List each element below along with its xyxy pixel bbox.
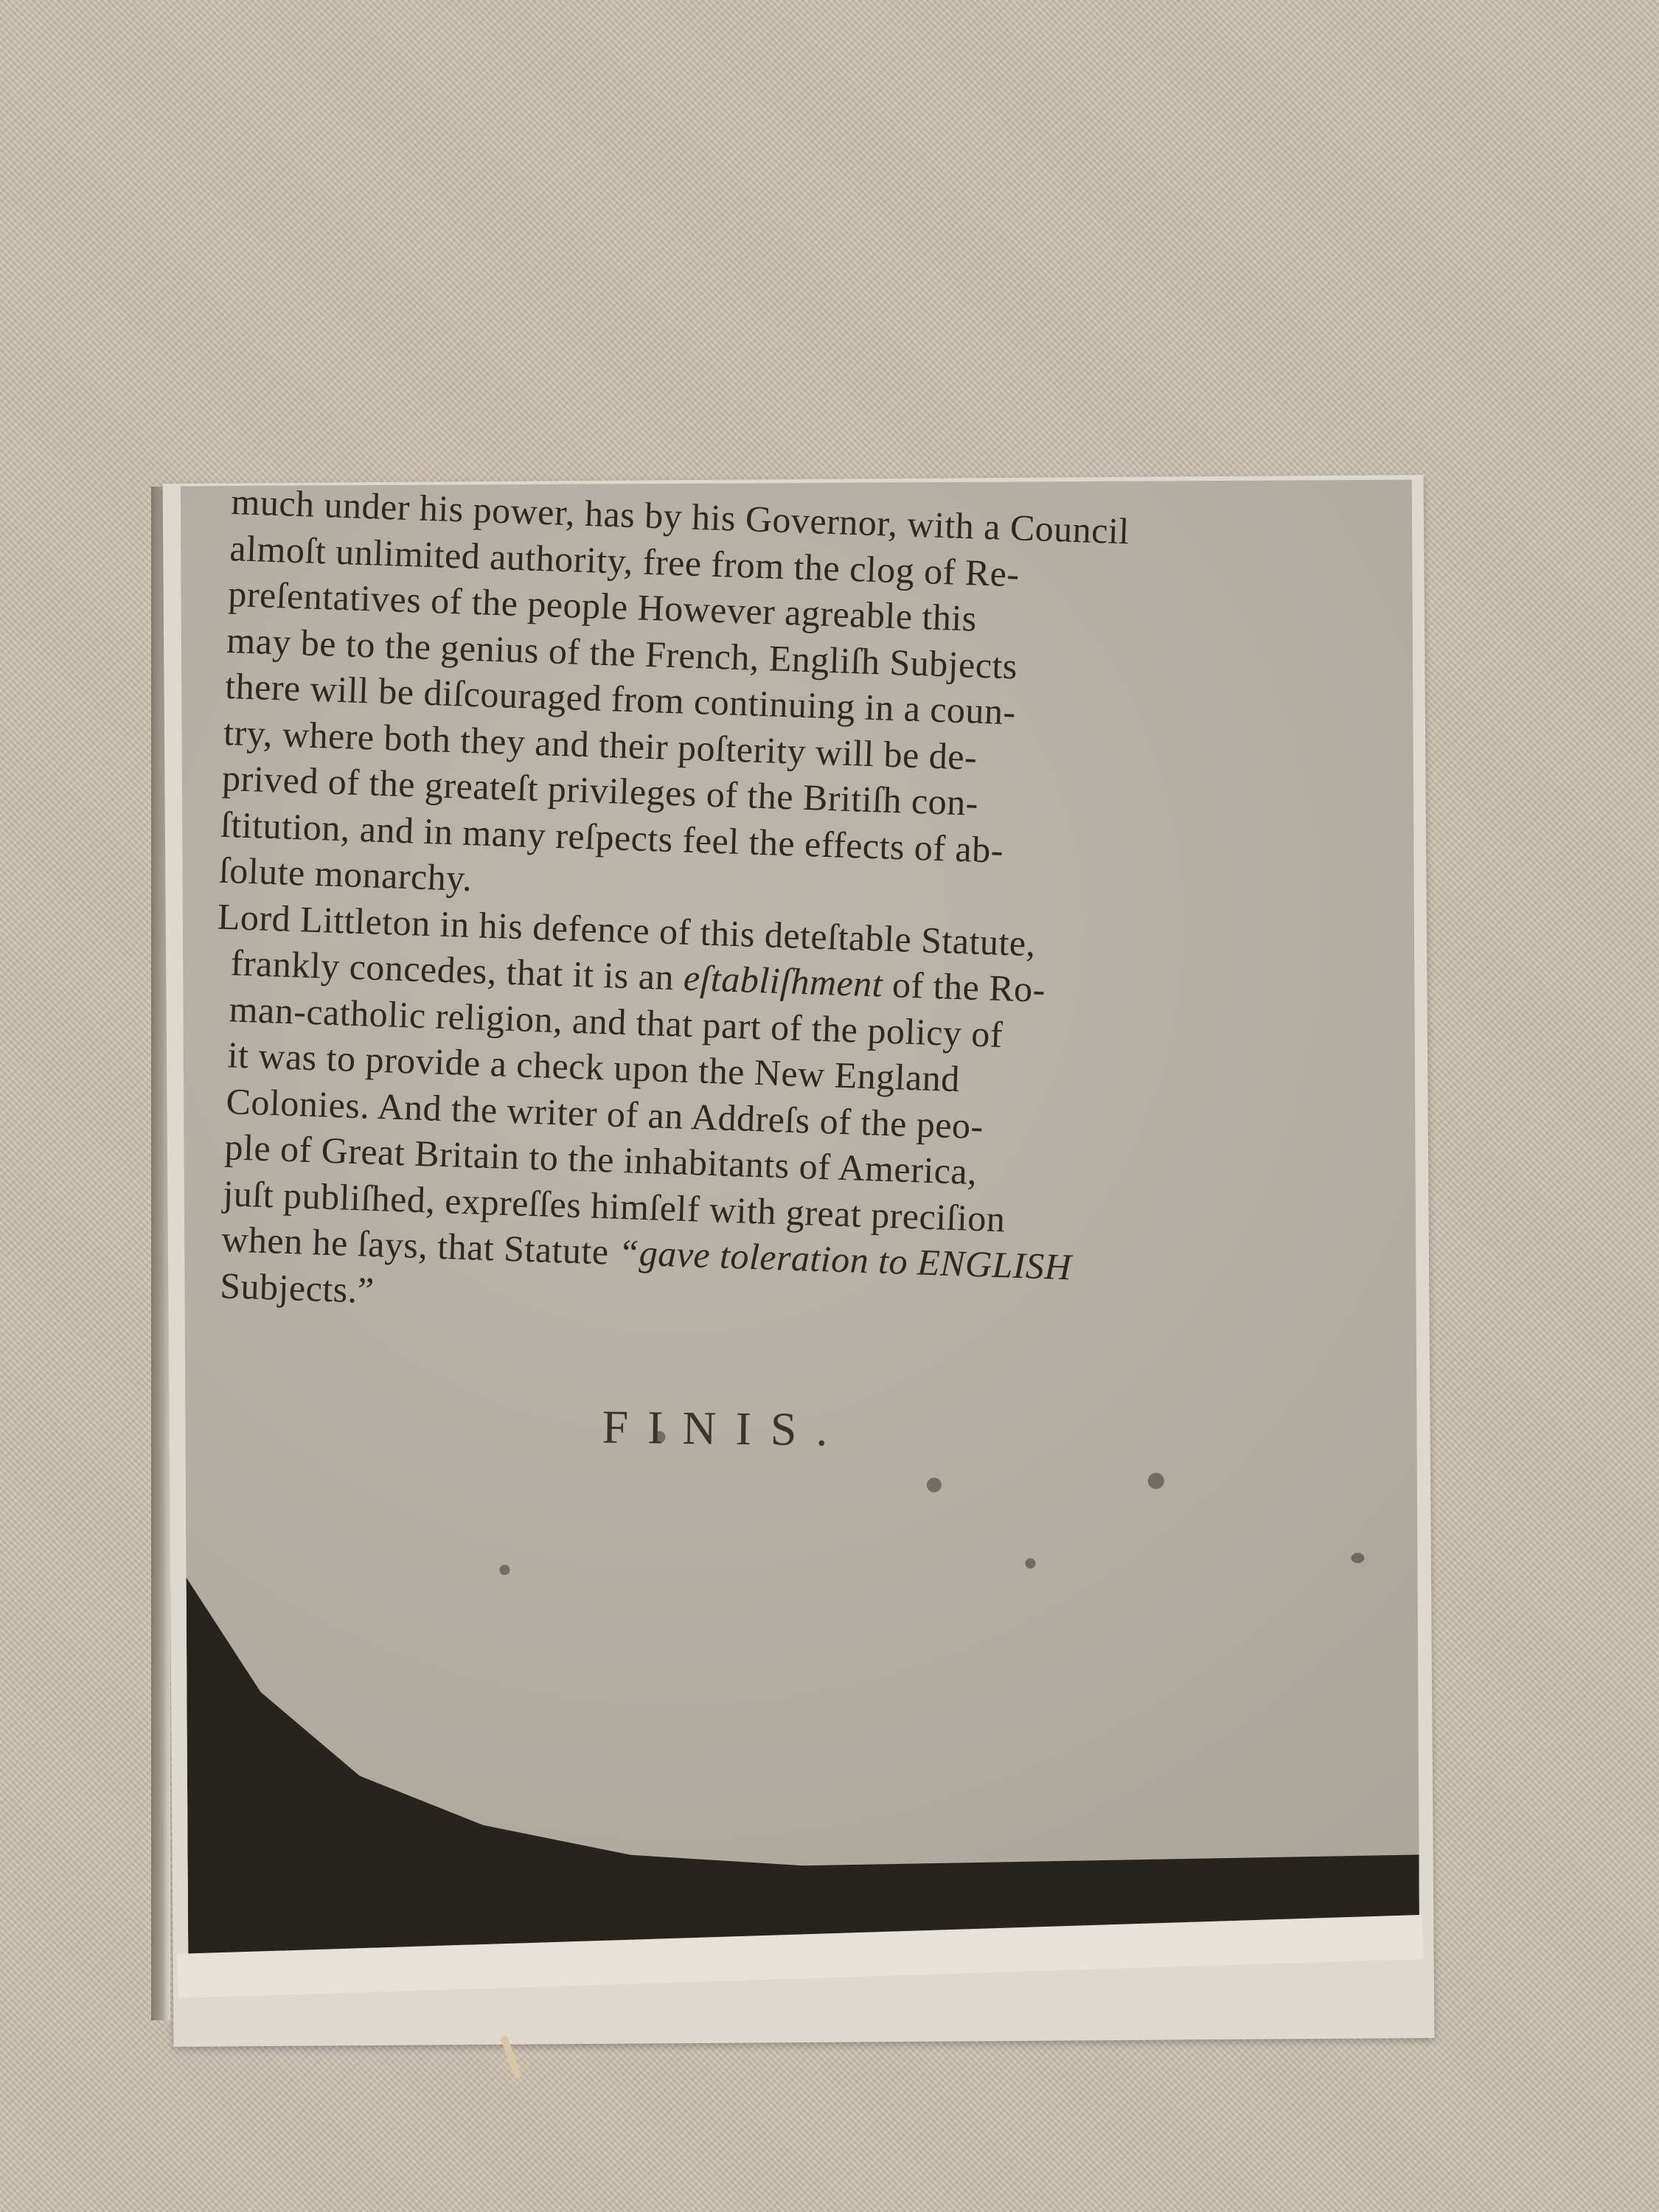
finis-heading: FINIS. xyxy=(602,1400,847,1458)
ink-spot xyxy=(499,1565,509,1575)
ink-spot xyxy=(1351,1553,1364,1563)
ink-spot xyxy=(927,1478,942,1492)
ink-spot xyxy=(1148,1472,1164,1489)
ink-spot xyxy=(653,1431,665,1443)
ink-spot xyxy=(1025,1558,1035,1568)
body-text: much under his power, has by his Governo… xyxy=(204,480,1307,1343)
photo-shadow-region xyxy=(187,1571,1420,1961)
italic-word: eſtabliſhment xyxy=(683,957,883,1005)
document-page: much under his power, has by his Governo… xyxy=(181,480,1419,1961)
